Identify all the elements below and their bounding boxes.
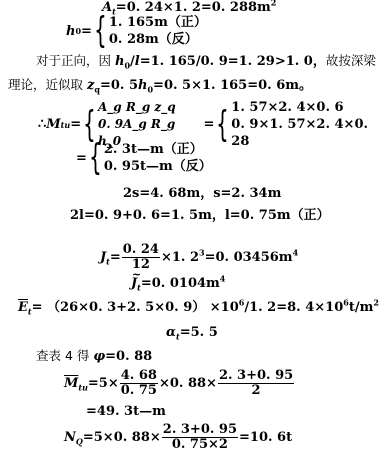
equation-Mtu-bar: Mtu=5×4. 680. 75×0. 88×2. 3+0. 952: [64, 368, 295, 400]
h0-case-negative: 0. 28m（反）: [109, 31, 207, 48]
equation-l: 2l=0. 9+0. 6=1. 5m，l=0. 75m（正）: [70, 208, 330, 224]
equation-Mtu-results: = { 2. 3t—m（正） 0. 95t—m（反）: [76, 140, 212, 176]
fraction: 4. 680. 75: [120, 369, 158, 398]
equation-h0: h0= { 1. 165m（正） 0. 28m（反）: [66, 13, 207, 49]
equation-Jt: Jt=0. 2412×1. 23=0. 03456m4: [100, 243, 298, 272]
equation-alpha: αt=5. 5: [166, 325, 218, 341]
equation-s: 2s=4. 68m，s=2. 34m: [123, 186, 281, 202]
left-brace-icon: {: [89, 140, 102, 176]
equation-Et: Et= （26×0. 3+2. 5×0. 9） ×106/1. 2=8. 4×1…: [18, 300, 379, 316]
left-brace-icon: {: [94, 13, 107, 49]
fraction: 2. 3+0. 950. 75×2: [162, 423, 238, 452]
equation-phi: 查表 4 得 φ=0. 88: [36, 348, 152, 365]
left-brace-icon: {: [217, 107, 230, 143]
paragraph-line-1: 对于正向，因 h0/l=1. 165/0. 9=1. 29>1. 0，故按深梁: [36, 53, 376, 70]
h0-case-positive: 1. 165m（正）: [109, 14, 207, 31]
equation-Jt-tilde: Jt=0. 0104m4: [131, 276, 225, 292]
equation-Mtu-bar-result: =49. 3t—m: [86, 404, 166, 420]
fraction: 2. 3+0. 952: [218, 369, 294, 398]
paragraph-line-2: 理论，近似取 zq=0. 5h0=0. 5×1. 165=0. 6m。: [8, 77, 312, 94]
equation-NQ: NQ=5×0. 88×2. 3+0. 950. 75×2=10. 6t: [64, 422, 292, 453]
